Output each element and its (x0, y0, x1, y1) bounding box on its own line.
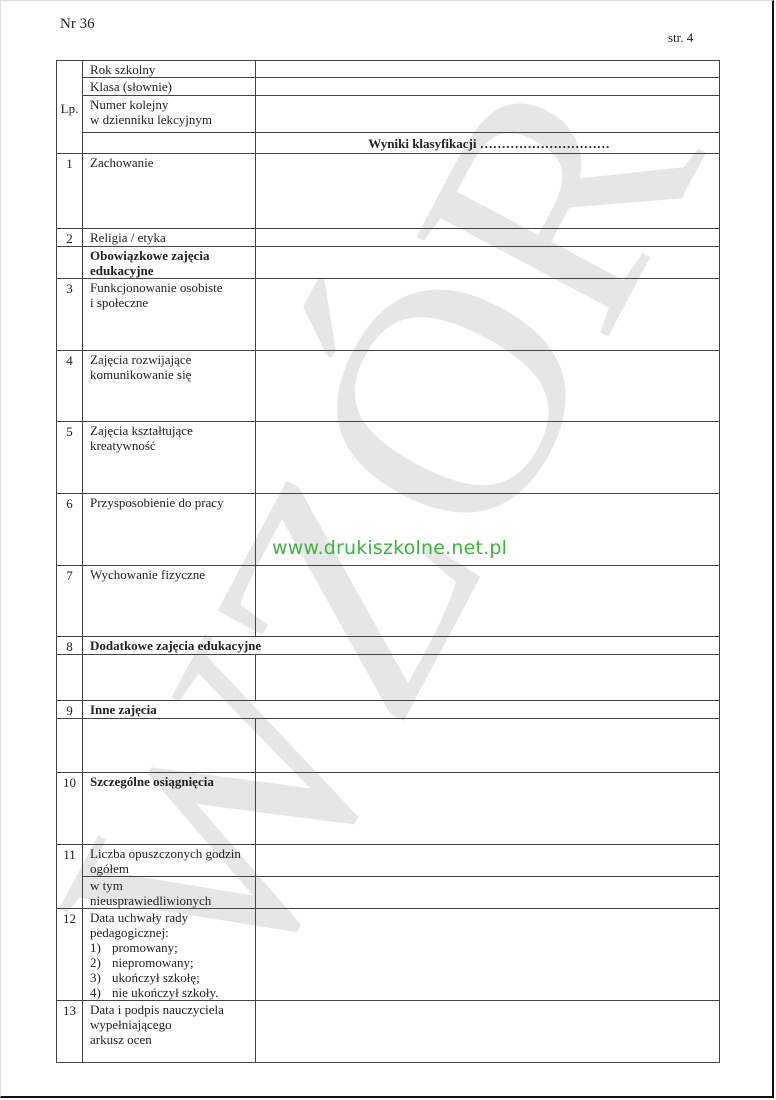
option-number: 2) (90, 955, 112, 970)
row-label: Szczególne osiągnięcia (83, 773, 256, 845)
option-number: 4) (90, 985, 112, 1000)
row-5: 5Zajęcia kształtujące kreatywność (57, 422, 720, 494)
row-sub-2: Obowiązkowe zajęcia edukacyjne (57, 247, 720, 279)
value-journal-number[interactable] (256, 96, 720, 133)
row-number: 2 (57, 229, 83, 247)
watermark-url: www.drukiszkolne.net.pl (272, 537, 507, 559)
row-number: 3 (57, 279, 83, 351)
row-10: 10Szczególne osiągnięcia (57, 773, 720, 845)
lp-header: Lp. (57, 61, 83, 154)
row-label: Wychowanie fizyczne (83, 566, 256, 637)
row-number: 6 (57, 494, 83, 566)
row-label: Funkcjonowanie osobiste i społeczne (83, 279, 256, 351)
label-school-year: Rok szkolny (83, 61, 256, 78)
row-label: Obowiązkowe zajęcia edukacyjne (83, 247, 256, 279)
row-8-entry (57, 655, 720, 701)
row-label: Religia / etyka (83, 229, 256, 247)
page-number: str. 4 (668, 30, 693, 46)
grade-cell[interactable] (256, 247, 720, 279)
row-label-text: Data uchwały rady pedagogicznej: (90, 910, 251, 940)
row-number: 11 (57, 845, 83, 909)
row-12: 12Data uchwały rady pedagogicznej:1)prom… (57, 909, 720, 1001)
grade-cell[interactable] (256, 773, 720, 845)
grade-cell[interactable] (256, 566, 720, 637)
row-number: 1 (57, 154, 83, 229)
row-label: Zajęcia kształtujące kreatywność (83, 422, 256, 494)
row-label: Zachowanie (83, 154, 256, 229)
row-label: Przysposobienie do pracy (83, 494, 256, 566)
row-11: 11Liczba opuszczonych godzin ogółem (57, 845, 720, 877)
option-text: promowany; (112, 940, 178, 955)
results-header: Wyniki klasyfikacji ………………………… (256, 133, 720, 154)
decision-option: 3)ukończył szkołę; (90, 970, 251, 985)
grade-cell[interactable] (256, 351, 720, 422)
grade-cell[interactable] (256, 909, 720, 1001)
option-text: nie ukończył szkoły. (112, 985, 218, 1000)
row-sub-12: w tym nieusprawiedliwionych (57, 877, 720, 909)
row-number: 13 (57, 1001, 83, 1063)
label-class: Klasa (słownie) (83, 78, 256, 96)
document-number: Nr 36 (60, 16, 95, 33)
grade-cell[interactable] (256, 655, 720, 701)
grade-cell[interactable] (256, 1001, 720, 1063)
grade-cell[interactable] (256, 154, 720, 229)
section-label: Inne zajęcia (83, 701, 720, 719)
row-2: 2Religia / etyka (57, 229, 720, 247)
empty-cell (57, 655, 83, 701)
row-number: 5 (57, 422, 83, 494)
row-number: 12 (57, 909, 83, 1001)
grade-cell[interactable] (256, 877, 720, 909)
row-7: 7Wychowanie fizyczne (57, 566, 720, 637)
row-number: 10 (57, 773, 83, 845)
grade-cell[interactable] (256, 279, 720, 351)
decision-option: 4)nie ukończył szkoły. (90, 985, 251, 1000)
grade-cell[interactable] (256, 422, 720, 494)
label-journal-number: Numer kolejny w dzienniku lekcyjnym (83, 96, 256, 133)
section-label: Dodatkowe zajęcia edukacyjne (83, 637, 720, 655)
value-school-year[interactable] (256, 61, 720, 78)
row-label: Zajęcia rozwijające komunikowanie się (83, 351, 256, 422)
option-text: niepromowany; (112, 955, 194, 970)
grade-cell[interactable] (256, 229, 720, 247)
subject-input-cell[interactable] (83, 655, 256, 701)
grade-cell[interactable] (256, 845, 720, 877)
empty-cell (83, 133, 256, 154)
decision-option: 1)promowany; (90, 940, 251, 955)
decision-options: 1)promowany;2)niepromowany;3)ukończył sz… (90, 940, 251, 1000)
row-number: 7 (57, 566, 83, 637)
option-text: ukończył szkołę; (112, 970, 200, 985)
decision-option: 2)niepromowany; (90, 955, 251, 970)
row-number: 8 (57, 637, 83, 655)
row-number: 4 (57, 351, 83, 422)
empty-cell (57, 719, 83, 773)
row-label: Data i podpis nauczyciela wypełniającego… (83, 1001, 256, 1063)
row-label: Liczba opuszczonych godzin ogółem (83, 845, 256, 877)
row-9-entry (57, 719, 720, 773)
row-number (57, 247, 83, 279)
option-number: 3) (90, 970, 112, 985)
row-number: 9 (57, 701, 83, 719)
row-1: 1Zachowanie (57, 154, 720, 229)
grade-cell[interactable] (256, 719, 720, 773)
row-9: 9Inne zajęcia (57, 701, 720, 719)
option-number: 1) (90, 940, 112, 955)
row-label: w tym nieusprawiedliwionych (83, 877, 256, 909)
subject-input-cell[interactable] (83, 719, 256, 773)
value-class[interactable] (256, 78, 720, 96)
row-8: 8Dodatkowe zajęcia edukacyjne (57, 637, 720, 655)
row-4: 4Zajęcia rozwijające komunikowanie się (57, 351, 720, 422)
row-label: Data uchwały rady pedagogicznej:1)promow… (83, 909, 256, 1001)
row-13: 13Data i podpis nauczyciela wypełniające… (57, 1001, 720, 1063)
row-3: 3Funkcjonowanie osobiste i społeczne (57, 279, 720, 351)
classification-table: Lp. Rok szkolny Klasa (słownie) Numer ko… (56, 60, 720, 1063)
